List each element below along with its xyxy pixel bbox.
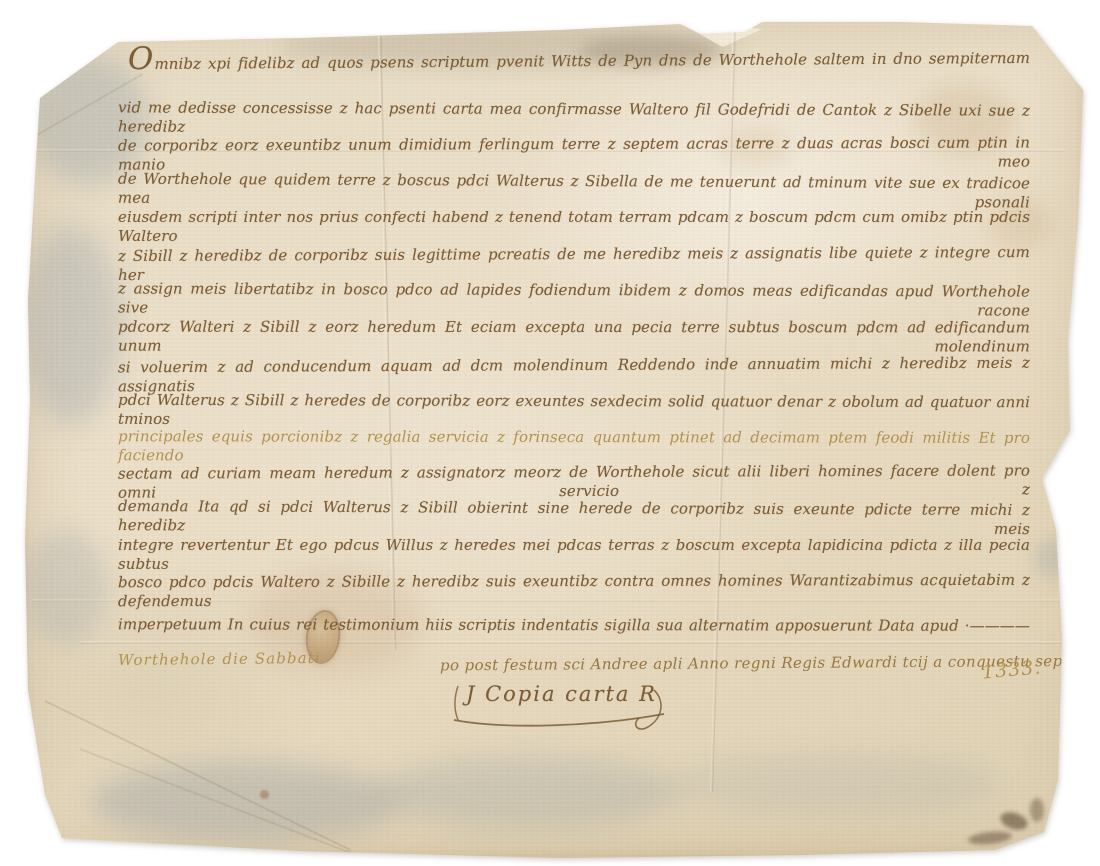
spot-bottom-center (260, 790, 269, 799)
manuscript-line: imperpetuum In cuius rei testimonium hii… (118, 615, 1030, 635)
manuscript-line: z Sibill z heredibz de corporibz suis le… (118, 243, 1030, 284)
manuscript-line: Omnibz xpi fidelibz ad quos psens script… (128, 45, 1030, 74)
manuscript-line: de Worthehole que quidem terre z boscus … (118, 170, 1030, 212)
manuscript-line: pdci Walterus z Sibill z heredes de corp… (118, 391, 1030, 431)
manuscript-line: demanda Ita qd si pdci Walterus z Sibill… (118, 497, 1030, 538)
stain-gray-bottom-center (380, 756, 680, 828)
edge-damage-left-1 (20, 746, 32, 764)
manuscript-line: eiusdem scripti inter nos prius confecti… (118, 208, 1030, 246)
top-edge-fold-flap (680, 23, 762, 47)
diagonal-crease-bottom-left-2 (80, 748, 361, 857)
stain-gray-bottom-right (670, 752, 1000, 816)
manuscript-line: pdcorz Walteri z Sibill z eorz heredum E… (118, 318, 1030, 356)
manuscript-line: si voluerim z ad conducendum aquam ad dc… (118, 354, 1030, 396)
edge-damage-bottom-right-1 (998, 809, 1030, 833)
edge-damage-left-2 (18, 780, 28, 802)
manuscript-line: de corporibz eorz exeuntibz unum dimidiu… (118, 133, 1030, 174)
docket-inscription: J Copia carta R (466, 682, 657, 706)
manuscript-line: bosco pdco pdcis Waltero z Sibille z her… (118, 571, 1030, 611)
parchment-document: Omnibz xpi fidelibz ad quos psens script… (20, 10, 1088, 860)
manuscript-line: principales equis porcionibz z regalia s… (118, 427, 1030, 466)
manuscript-line: integre revertentur Et ego pdcus Willus … (118, 536, 1030, 574)
diagonal-crease-bottom-left-1 (45, 700, 351, 851)
manuscript-line: z assign meis libertatibz in bosco pdco … (118, 279, 1030, 320)
edge-damage-left-3 (24, 814, 38, 830)
manuscript-line: sectam ad curiam meam heredum z assignat… (118, 461, 1030, 502)
parchment-wrapper: Omnibz xpi fidelibz ad quos psens script… (20, 10, 1088, 860)
stain-gray-left-mid (20, 225, 120, 425)
photo-background: Omnibz xpi fidelibz ad quos psens script… (0, 0, 1100, 866)
edge-damage-bottom-right-3 (1030, 798, 1044, 822)
stain-gray-right-edge (1034, 538, 1076, 578)
stain-gray-bottom-left (90, 762, 400, 842)
horizontal-crease-footer (80, 641, 1065, 644)
stain-gray-left-low (22, 530, 107, 645)
dating-clause-left: Worthehole die Sabbati (118, 649, 321, 669)
edge-damage-bottom-right-2 (967, 830, 1012, 847)
year-annotation: 1333. (981, 656, 1042, 683)
